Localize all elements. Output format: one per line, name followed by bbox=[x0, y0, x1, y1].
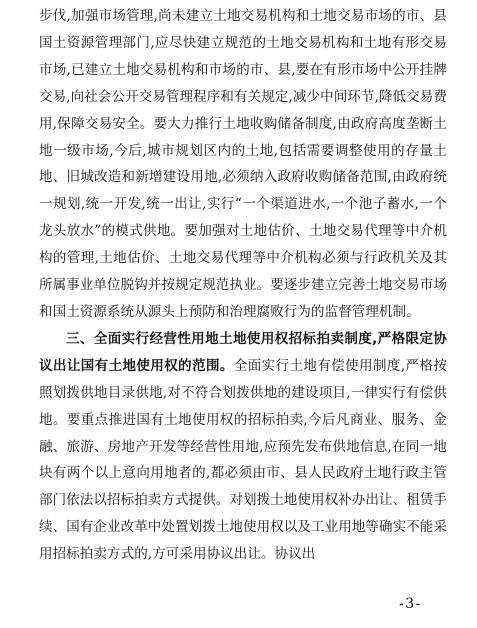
paragraph-continuation: 步伐,加强市场管理,尚未建立土地交易机构和土地交易市场的市、县国土资源管理部门,… bbox=[39, 3, 447, 326]
document-text: 步伐,加强市场管理,尚未建立土地交易机构和土地交易市场的市、县国土资源管理部门,… bbox=[39, 3, 447, 568]
paragraph-section-three: 三、全面实行经营性用地土地使用权招标拍卖制度,严格限定协议出让国有土地使用权的范… bbox=[39, 326, 447, 568]
section-three-body: 全面实行土地有偿使用制度,严格按照划拨供地目录供地,对不符合划拨供地的建设项目,… bbox=[39, 358, 447, 562]
page-number: -3- bbox=[399, 596, 422, 612]
document-page: 步伐,加强市场管理,尚未建立土地交易机构和土地交易市场的市、县国土资源管理部门,… bbox=[0, 0, 477, 628]
